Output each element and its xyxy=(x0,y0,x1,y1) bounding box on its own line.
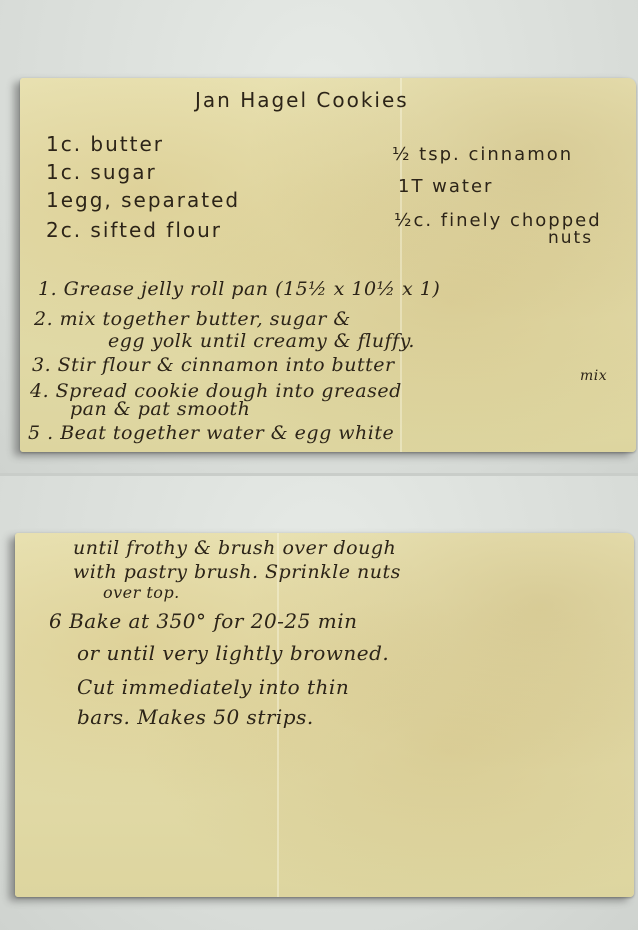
step-line: or until very lightly browned. xyxy=(77,641,389,665)
ingredient-item: 1egg, separated xyxy=(46,188,240,212)
recipe-card-front: Jan Hagel Cookies 1c. butter 1c. sugar 1… xyxy=(20,78,636,452)
ingredient-item: 2c. sifted flour xyxy=(46,218,222,242)
step-line: over top. xyxy=(103,583,180,602)
ingredient-item: 1T water xyxy=(398,176,493,197)
ingredient-item: nuts xyxy=(548,228,593,248)
step-line: bars. Makes 50 strips. xyxy=(77,705,314,729)
ingredient-item: ½ tsp. cinnamon xyxy=(392,144,573,165)
recipe-card-back: until frothy & brush over dough with pas… xyxy=(15,533,634,897)
step-line: mix xyxy=(580,368,607,384)
step-line: 1. Grease jelly roll pan (15½ x 10½ x 1) xyxy=(38,278,440,300)
step-line: pan & pat smooth xyxy=(70,398,250,420)
step-line: with pastry brush. Sprinkle nuts xyxy=(73,561,401,583)
recipe-title: Jan Hagel Cookies xyxy=(195,88,409,112)
ingredient-item: 1c. butter xyxy=(46,132,164,156)
step-line: 2. mix together butter, sugar & xyxy=(34,308,351,330)
step-line: 5 . Beat together water & egg white xyxy=(28,422,394,444)
step-line: 6 Bake at 350° for 20-25 min xyxy=(49,609,357,633)
step-line: egg yolk until creamy & fluffy. xyxy=(108,330,415,352)
step-line: 3. Stir flour & cinnamon into butter xyxy=(32,354,395,376)
step-line: Cut immediately into thin xyxy=(77,675,349,699)
ingredient-item: 1c. sugar xyxy=(46,160,157,184)
photo-card-front: Jan Hagel Cookies 1c. butter 1c. sugar 1… xyxy=(0,0,638,474)
step-line: until frothy & brush over dough xyxy=(73,537,396,559)
photo-card-back: until frothy & brush over dough with pas… xyxy=(0,476,638,930)
